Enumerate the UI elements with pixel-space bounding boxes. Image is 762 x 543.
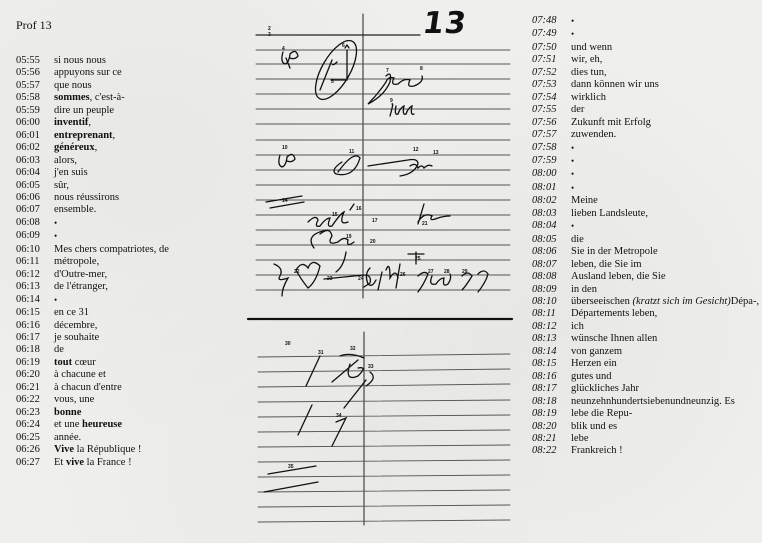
text-segment: appuyons sur ce	[54, 67, 122, 78]
transcript-row: 08:01•	[532, 182, 759, 195]
transcript-row: 08:09in den	[532, 284, 759, 296]
svg-text:27: 27	[428, 269, 434, 275]
timestamp: 08:17	[532, 383, 571, 395]
timestamp: 08:06	[532, 246, 571, 258]
timestamp: 06:09	[16, 230, 54, 243]
timestamp: 07:58	[532, 142, 571, 155]
pause-bullet: •	[571, 156, 574, 166]
timestamp: 08:14	[532, 346, 571, 358]
timestamp: 05:55	[16, 55, 54, 67]
timestamp: 06:13	[16, 281, 54, 293]
transcript-text: à chacun d'entre	[54, 382, 122, 394]
timestamp: 06:03	[16, 155, 54, 167]
transcript-text: et une heureuse	[54, 419, 122, 431]
svg-text:19: 19	[346, 234, 352, 240]
text-segment: entreprenant	[54, 130, 113, 141]
timestamp: 07:57	[532, 129, 571, 141]
transcript-row: 08:10überseeischen (kratzt sich im Gesic…	[532, 296, 759, 308]
transcript-row: 06:18de	[16, 344, 169, 356]
text-segment: wirklich	[571, 92, 606, 103]
timestamp: 07:52	[532, 67, 571, 79]
transcript-row: 07:53dann können wir uns	[532, 79, 759, 91]
transcript-text: j'en suis	[54, 167, 88, 179]
transcript-row: 06:06nous réussirons	[16, 192, 169, 204]
svg-text:11: 11	[349, 149, 355, 155]
transcript-text: lebe die Repu-	[571, 408, 632, 420]
text-segment: j'en suis	[54, 167, 88, 178]
timestamp: 08:21	[532, 433, 571, 445]
transcript-row: 06:05sûr,	[16, 180, 169, 192]
text-segment: Ausland leben, die Sie	[571, 271, 665, 282]
pause-bullet: •	[571, 183, 574, 193]
transcript-text: der	[571, 104, 584, 116]
transcript-text: entreprenant,	[54, 130, 115, 142]
text-segment: Meine	[571, 195, 598, 206]
svg-text:22: 22	[294, 269, 300, 275]
timestamp: 06:05	[16, 180, 54, 192]
timestamp: 08:05	[532, 234, 571, 246]
text-segment: la France !	[84, 457, 132, 468]
timestamp: 08:09	[532, 284, 571, 296]
transcript-row: 08:21lebe	[532, 433, 759, 445]
svg-text:20: 20	[370, 239, 376, 245]
handwritten-notes-drawing: 23 456 789 10111213 14161517 211920 2522…	[240, 0, 522, 543]
transcript-text: alors,	[54, 155, 77, 167]
transcript-text: die	[571, 234, 584, 246]
timestamp: 07:55	[532, 104, 571, 116]
timestamp: 08:15	[532, 358, 571, 370]
pause-bullet: •	[54, 218, 57, 228]
timestamp: 06:00	[16, 117, 54, 129]
transcript-row: 08:17glückliches Jahr	[532, 383, 759, 395]
svg-text:15: 15	[332, 212, 338, 218]
svg-text:33: 33	[368, 364, 374, 370]
transcript-row: 06:25année.	[16, 432, 169, 444]
transcript-text: vous, une	[54, 394, 94, 406]
text-segment: blik und es	[571, 421, 617, 432]
timestamp: 08:04	[532, 220, 571, 233]
text-segment: lebe	[571, 433, 589, 444]
transcript-text: Frankreich !	[571, 445, 623, 457]
transcript-row: 08:00•	[532, 168, 759, 181]
transcript-row: 08:19lebe die Repu-	[532, 408, 759, 420]
timestamp: 08:13	[532, 333, 571, 345]
text-segment: décembre,	[54, 320, 97, 331]
transcript-row: 08:06Sie in der Metropole	[532, 246, 759, 258]
svg-text:10: 10	[282, 145, 288, 151]
svg-text:30: 30	[285, 341, 291, 347]
transcript-row: 07:52dies tun,	[532, 67, 759, 79]
transcript-text: d'Outre-mer,	[54, 269, 107, 281]
transcript-text: de	[54, 344, 64, 356]
transcript-row: 06:20à chacune et	[16, 369, 169, 381]
timestamp: 08:19	[532, 408, 571, 420]
text-segment: d'Outre-mer,	[54, 269, 107, 280]
timestamp: 08:00	[532, 168, 571, 181]
timestamp: 08:07	[532, 259, 571, 271]
transcript-row: 06:15en ce 31	[16, 307, 169, 319]
interpreter-notes: 23 456 789 10111213 14161517 211920 2522…	[240, 0, 522, 543]
timestamp: 08:08	[532, 271, 571, 283]
timestamp: 05:59	[16, 105, 54, 117]
text-segment: métropole,	[54, 256, 99, 267]
transcript-row: 08:02Meine	[532, 195, 759, 207]
text-segment: et une	[54, 419, 82, 430]
text-segment: ,	[95, 142, 98, 153]
transcript-text: glückliches Jahr	[571, 383, 639, 395]
transcript-text: von ganzem	[571, 346, 622, 358]
transcript-text: dire un peuple	[54, 105, 114, 117]
transcript-text: •	[54, 230, 57, 243]
timestamp: 06:18	[16, 344, 54, 356]
transcript-text: •	[571, 220, 574, 233]
transcript-row: 05:56appuyons sur ce	[16, 67, 169, 79]
transcript-row: 06:13de l'étranger,	[16, 281, 169, 293]
transcript-row: 08:22Frankreich !	[532, 445, 759, 457]
transcript-text: •	[571, 182, 574, 195]
transcript-row: 06:26Vive la République !	[16, 444, 169, 456]
transcript-text: tout cœur	[54, 357, 96, 369]
timestamp: 05:56	[16, 67, 54, 79]
text-segment: nous réussirons	[54, 192, 119, 203]
svg-text:32: 32	[350, 346, 356, 352]
transcript-row: 07:48•	[532, 15, 759, 28]
timestamp: 06:26	[16, 444, 54, 456]
page-number: 13	[421, 6, 470, 41]
timestamp: 07:59	[532, 155, 571, 168]
transcript-text: Ausland leben, die Sie	[571, 271, 665, 283]
transcript-text: inventif,	[54, 117, 91, 129]
transcript-text: sommes, c'est-à-	[54, 92, 125, 104]
text-segment: Frankreich !	[571, 445, 623, 456]
text-segment: Herzen ein	[571, 358, 617, 369]
transcript-text: in den	[571, 284, 597, 296]
timestamp: 06:16	[16, 320, 54, 332]
text-segment: à chacun d'entre	[54, 382, 122, 393]
transcript-row: 07:51wir, eh,	[532, 54, 759, 66]
transcript-row: 06:17je souhaite	[16, 332, 169, 344]
svg-text:35: 35	[288, 464, 294, 470]
timestamp: 05:58	[16, 92, 54, 104]
timestamp: 06:17	[16, 332, 54, 344]
transcript-row: 06:03alors,	[16, 155, 169, 167]
text-segment: wir, eh,	[571, 54, 602, 65]
text-segment: généreux	[54, 142, 95, 153]
timestamp: 08:12	[532, 321, 571, 333]
text-segment: cœur	[72, 357, 96, 368]
transcript-row: 07:54wirklich	[532, 92, 759, 104]
text-segment: von ganzem	[571, 346, 622, 357]
svg-text:14: 14	[282, 198, 288, 204]
transcript-row: 07:57zuwenden.	[532, 129, 759, 141]
transcript-text: bonne	[54, 407, 81, 419]
timestamp: 06:22	[16, 394, 54, 406]
transcript-text: métropole,	[54, 256, 99, 268]
timestamp: 06:25	[16, 432, 54, 444]
transcript-row: 06:00inventif,	[16, 117, 169, 129]
transcript-row: 08:18neunzehnhundertsiebenundneunzig. Es	[532, 396, 759, 408]
transcript-row: 07:50und wenn	[532, 42, 759, 54]
text-segment: de	[54, 344, 64, 355]
transcript-row: 07:56Zukunft mit Erfolg	[532, 117, 759, 129]
transcript-row: 08:07leben, die Sie im	[532, 259, 759, 271]
transcript-text: appuyons sur ce	[54, 67, 122, 79]
transcript-text: généreux,	[54, 142, 97, 154]
transcript-row: 05:55si nous nous	[16, 55, 169, 67]
text-segment: Sie in der Metropole	[571, 246, 658, 257]
transcript-text: wirklich	[571, 92, 606, 104]
timestamp: 08:10	[532, 296, 571, 308]
timestamp: 06:14	[16, 294, 54, 307]
transcript-row: 08:15Herzen ein	[532, 358, 759, 370]
transcript-text: •	[571, 142, 574, 155]
transcript-row: 08:04•	[532, 220, 759, 233]
french-transcript: 05:55si nous nous05:56appuyons sur ce05:…	[16, 55, 169, 469]
text-segment: und wenn	[571, 42, 612, 53]
svg-text:21: 21	[422, 221, 428, 227]
transcript-row: 07:59•	[532, 155, 759, 168]
text-segment: überseeischen	[571, 296, 633, 307]
transcript-row: 05:58sommes, c'est-à-	[16, 92, 169, 104]
pause-bullet: •	[571, 221, 574, 231]
text-segment: la République !	[74, 444, 141, 455]
transcript-row: 05:59dire un peuple	[16, 105, 169, 117]
transcript-text: sûr,	[54, 180, 69, 192]
timestamp: 06:27	[16, 457, 54, 469]
timestamp: 06:15	[16, 307, 54, 319]
transcript-row: 06:24et une heureuse	[16, 419, 169, 431]
text-segment: Mes chers compatriotes, de	[54, 244, 169, 255]
text-segment: ensemble.	[54, 204, 96, 215]
text-segment: wünsche Ihnen allen	[571, 333, 657, 344]
timestamp: 08:01	[532, 182, 571, 195]
text-segment: inventif	[54, 117, 88, 128]
timestamp: 07:48	[532, 15, 571, 28]
transcript-row: 06:01entreprenant,	[16, 130, 169, 142]
transcript-row: 06:07ensemble.	[16, 204, 169, 216]
timestamp: 07:51	[532, 54, 571, 66]
transcript-text: en ce 31	[54, 307, 89, 319]
transcript-row: 06:12d'Outre-mer,	[16, 269, 169, 281]
timestamp: 06:24	[16, 419, 54, 431]
text-segment: vive	[66, 457, 84, 468]
transcript-text: Herzen ein	[571, 358, 617, 370]
transcript-text: dies tun,	[571, 67, 607, 79]
transcript-row: 08:03lieben Landsleute,	[532, 208, 759, 220]
text-segment: en ce 31	[54, 307, 89, 318]
text-segment: lieben Landsleute,	[571, 208, 648, 219]
svg-text:16: 16	[356, 206, 362, 212]
text-segment: der	[571, 104, 584, 115]
transcript-row: 06:21à chacun d'entre	[16, 382, 169, 394]
text-segment: tout	[54, 357, 72, 368]
timestamp: 07:49	[532, 28, 571, 41]
svg-text:31: 31	[318, 350, 324, 356]
transcript-text: zuwenden.	[571, 129, 616, 141]
german-transcript: 07:48•07:49•07:50und wenn07:51wir, eh,07…	[532, 15, 759, 458]
text-segment: glückliches Jahr	[571, 383, 639, 394]
document-title: Prof 13	[16, 18, 52, 33]
timestamp: 06:02	[16, 142, 54, 154]
timestamp: 06:11	[16, 256, 54, 268]
transcript-text: neunzehnhundertsiebenundneunzig. Es	[571, 396, 735, 408]
svg-text:29: 29	[462, 269, 468, 275]
transcript-text: ensemble.	[54, 204, 96, 216]
transcript-row: 07:49•	[532, 28, 759, 41]
svg-text:12: 12	[413, 147, 419, 153]
transcript-text: wir, eh,	[571, 54, 602, 66]
timestamp: 06:06	[16, 192, 54, 204]
transcript-text: dann können wir uns	[571, 79, 659, 91]
transcript-text: •	[571, 168, 574, 181]
text-segment: dies tun,	[571, 67, 607, 78]
transcript-text: •	[571, 155, 574, 168]
transcript-text: gutes und	[571, 371, 612, 383]
transcript-text: décembre,	[54, 320, 97, 332]
svg-text:24: 24	[358, 276, 364, 282]
svg-text:5: 5	[331, 79, 334, 85]
text-segment: Vive	[54, 444, 74, 455]
text-segment: je souhaite	[54, 332, 99, 343]
text-segment: die	[571, 234, 584, 245]
svg-text:26: 26	[400, 272, 406, 278]
timestamp: 08:16	[532, 371, 571, 383]
timestamp: 06:21	[16, 382, 54, 394]
text-segment: que nous	[54, 80, 92, 91]
text-segment: gutes und	[571, 371, 612, 382]
transcript-text: ich	[571, 321, 584, 333]
svg-text:4: 4	[282, 46, 285, 52]
transcript-text: si nous nous	[54, 55, 106, 67]
transcript-text: à chacune et	[54, 369, 106, 381]
transcript-text: Vive la République !	[54, 444, 141, 456]
timestamp: 07:50	[532, 42, 571, 54]
text-segment: à chacune et	[54, 369, 106, 380]
transcript-text: Et vive la France !	[54, 457, 132, 469]
transcript-text: •	[571, 15, 574, 28]
transcript-text: und wenn	[571, 42, 612, 54]
svg-text:9: 9	[390, 98, 393, 104]
text-segment: sommes	[54, 92, 90, 103]
transcript-text: überseeischen (kratzt sich im Gesicht)Dé…	[571, 296, 759, 308]
svg-text:23: 23	[327, 276, 333, 282]
transcript-text: wünsche Ihnen allen	[571, 333, 657, 345]
svg-text:3: 3	[268, 32, 271, 38]
text-segment: dire un peuple	[54, 105, 114, 116]
timestamp: 07:54	[532, 92, 571, 104]
text-segment: année.	[54, 432, 81, 443]
svg-text:6: 6	[342, 43, 345, 49]
text-segment: bonne	[54, 407, 81, 418]
transcript-row: 05:57que nous	[16, 80, 169, 92]
transcript-text: nous réussirons	[54, 192, 119, 204]
transcript-row: 06:19tout cœur	[16, 357, 169, 369]
timestamp: 06:01	[16, 130, 54, 142]
transcript-text: je souhaite	[54, 332, 99, 344]
text-segment: dann können wir uns	[571, 79, 659, 90]
text-segment: Zukunft mit Erfolg	[571, 117, 651, 128]
transcript-text: Sie in der Metropole	[571, 246, 658, 258]
pause-bullet: •	[571, 16, 574, 26]
svg-text:25: 25	[415, 256, 421, 262]
timestamp: 08:11	[532, 308, 571, 320]
transcript-row: 08:11Départements leben,	[532, 308, 759, 320]
timestamp: 06:07	[16, 204, 54, 216]
text-segment: Dépa-,	[731, 296, 759, 307]
transcript-text: •	[54, 217, 57, 230]
text-segment: vous, une	[54, 394, 94, 405]
text-segment: sûr,	[54, 180, 69, 191]
text-segment: zuwenden.	[571, 129, 616, 140]
timestamp: 07:53	[532, 79, 571, 91]
transcript-row: 08:08Ausland leben, die Sie	[532, 271, 759, 283]
timestamp: 08:03	[532, 208, 571, 220]
svg-text:8: 8	[420, 66, 423, 72]
timestamp: 06:08	[16, 217, 54, 230]
timestamp: 06:20	[16, 369, 54, 381]
transcript-row: 08:16gutes und	[532, 371, 759, 383]
transcript-row: 08:14von ganzem	[532, 346, 759, 358]
transcript-row: 07:55der	[532, 104, 759, 116]
svg-text:13: 13	[433, 150, 439, 156]
transcript-row: 06:23bonne	[16, 407, 169, 419]
svg-text:34: 34	[336, 413, 342, 419]
timestamp: 08:02	[532, 195, 571, 207]
pause-bullet: •	[571, 143, 574, 153]
transcript-text: Zukunft mit Erfolg	[571, 117, 651, 129]
timestamp: 08:22	[532, 445, 571, 457]
timestamp: 06:23	[16, 407, 54, 419]
timestamp: 06:10	[16, 244, 54, 256]
transcript-text: Mes chers compatriotes, de	[54, 244, 169, 256]
svg-text:7: 7	[386, 68, 389, 74]
text-segment: ,	[113, 130, 116, 141]
text-segment: Départements leben,	[571, 308, 657, 319]
text-segment: alors,	[54, 155, 77, 166]
transcript-row: 06:02généreux,	[16, 142, 169, 154]
transcript-row: 06:27Et vive la France !	[16, 457, 169, 469]
transcript-text: lebe	[571, 433, 589, 445]
timestamp: 06:19	[16, 357, 54, 369]
transcript-row: 06:14•	[16, 294, 169, 307]
pause-bullet: •	[54, 295, 57, 305]
timestamp: 08:20	[532, 421, 571, 433]
transcript-row: 07:58•	[532, 142, 759, 155]
transcript-row: 08:05die	[532, 234, 759, 246]
transcript-text: lieben Landsleute,	[571, 208, 648, 220]
transcript-row: 06:04j'en suis	[16, 167, 169, 179]
pause-bullet: •	[571, 169, 574, 179]
transcript-row: 08:12ich	[532, 321, 759, 333]
transcript-row: 08:13wünsche Ihnen allen	[532, 333, 759, 345]
transcript-text: Meine	[571, 195, 598, 207]
transcript-row: 08:20blik und es	[532, 421, 759, 433]
text-segment: leben, die Sie im	[571, 259, 642, 270]
transcript-text: Départements leben,	[571, 308, 657, 320]
pause-bullet: •	[54, 231, 57, 241]
timestamp: 08:18	[532, 396, 571, 408]
transcript-text: •	[571, 28, 574, 41]
transcript-text: blik und es	[571, 421, 617, 433]
transcript-row: 06:22vous, une	[16, 394, 169, 406]
transcript-row: 06:11métropole,	[16, 256, 169, 268]
text-segment: neunzehnhundertsiebenundneunzig. Es	[571, 396, 735, 407]
transcript-row: 06:10Mes chers compatriotes, de	[16, 244, 169, 256]
text-segment: (kratzt sich im Gesicht)	[633, 296, 731, 307]
transcript-text: •	[54, 294, 57, 307]
timestamp: 06:12	[16, 269, 54, 281]
text-segment: lebe die Repu-	[571, 408, 632, 419]
